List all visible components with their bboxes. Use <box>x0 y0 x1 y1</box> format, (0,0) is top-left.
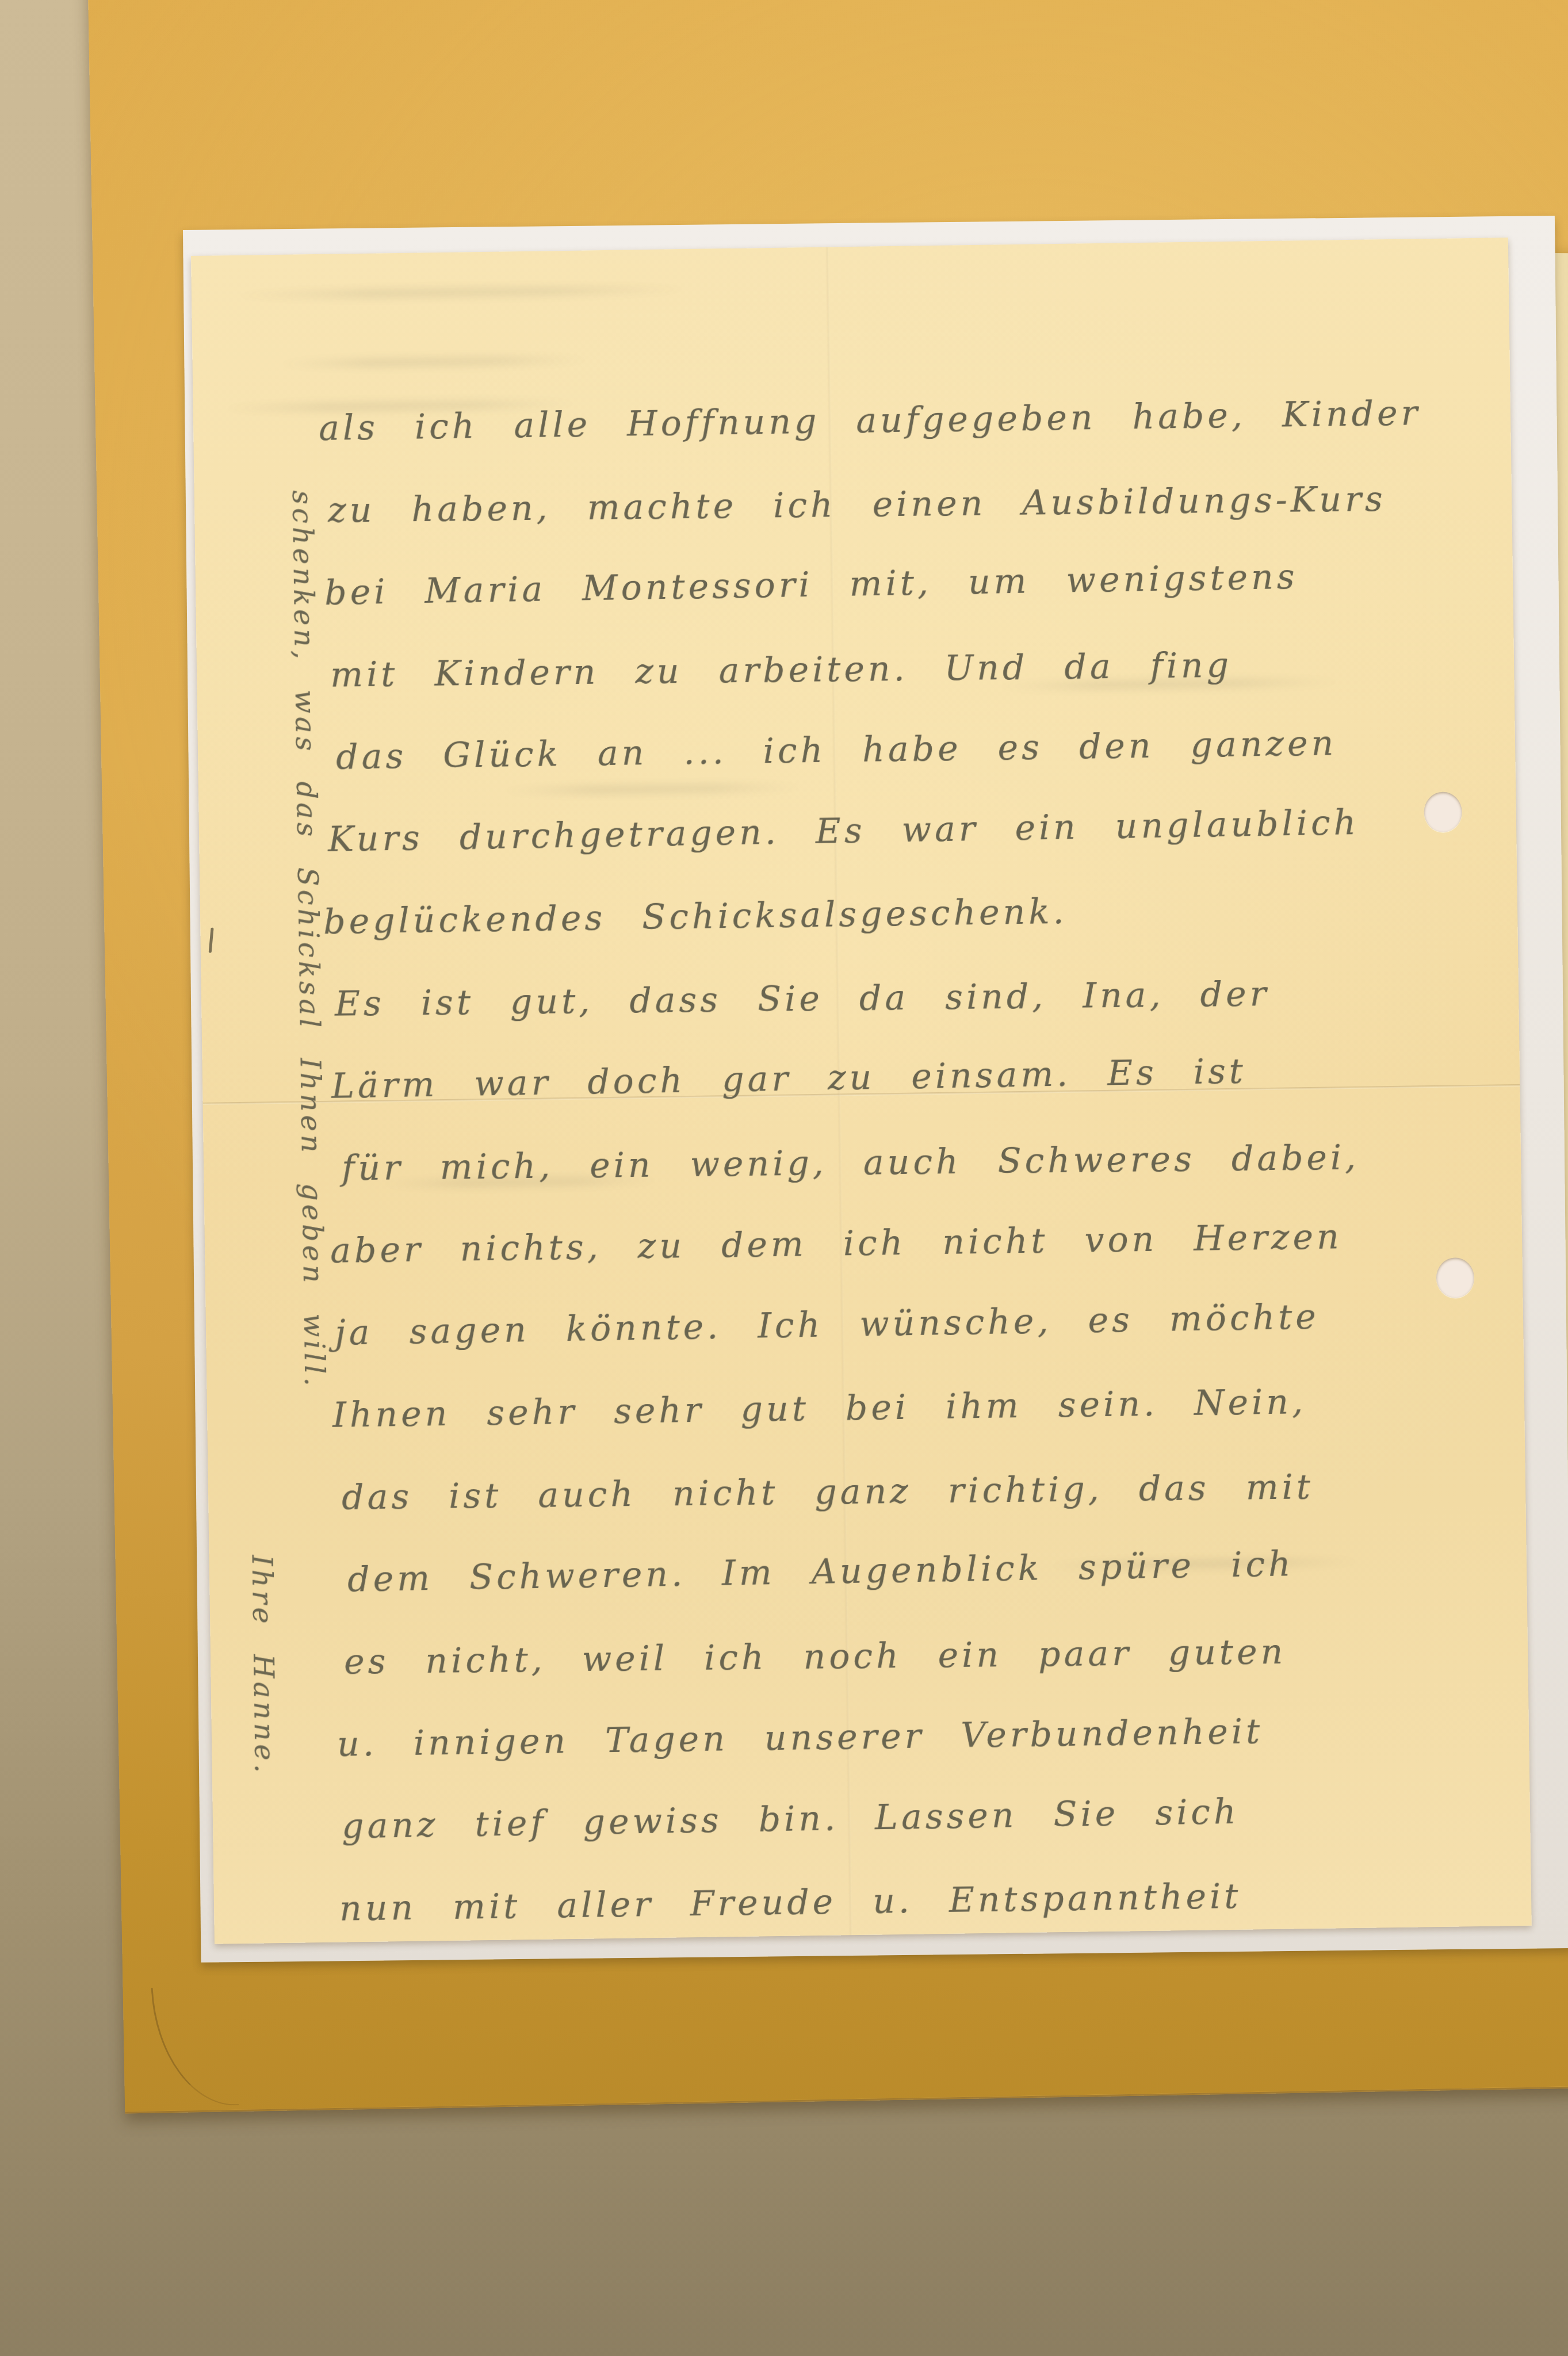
bleed-through-mark <box>226 285 698 300</box>
photo-of-handwritten-letter: als ich alle Hoffnung aufgegeben habe, K… <box>0 0 1568 2356</box>
margin-pen-tick <box>209 927 214 953</box>
bleed-through-mark <box>273 355 595 369</box>
margin-note: schenken, was das Schicksal Ihnen geben … <box>219 490 350 1929</box>
letter-page: als ich alle Hoffnung aufgegeben habe, K… <box>191 238 1532 1944</box>
letter-line: als ich alle Hoffnung aufgegeben habe, K… <box>318 371 1504 470</box>
letter-body-text: als ich alle Hoffnung aufgegeben habe, K… <box>318 371 1525 1944</box>
letter-line: beglückendes Schicksalsgeschenk. <box>323 865 1511 963</box>
letter-line: Ihnen sehr sehr gut bei ihm sein. Nein, <box>332 1358 1518 1457</box>
